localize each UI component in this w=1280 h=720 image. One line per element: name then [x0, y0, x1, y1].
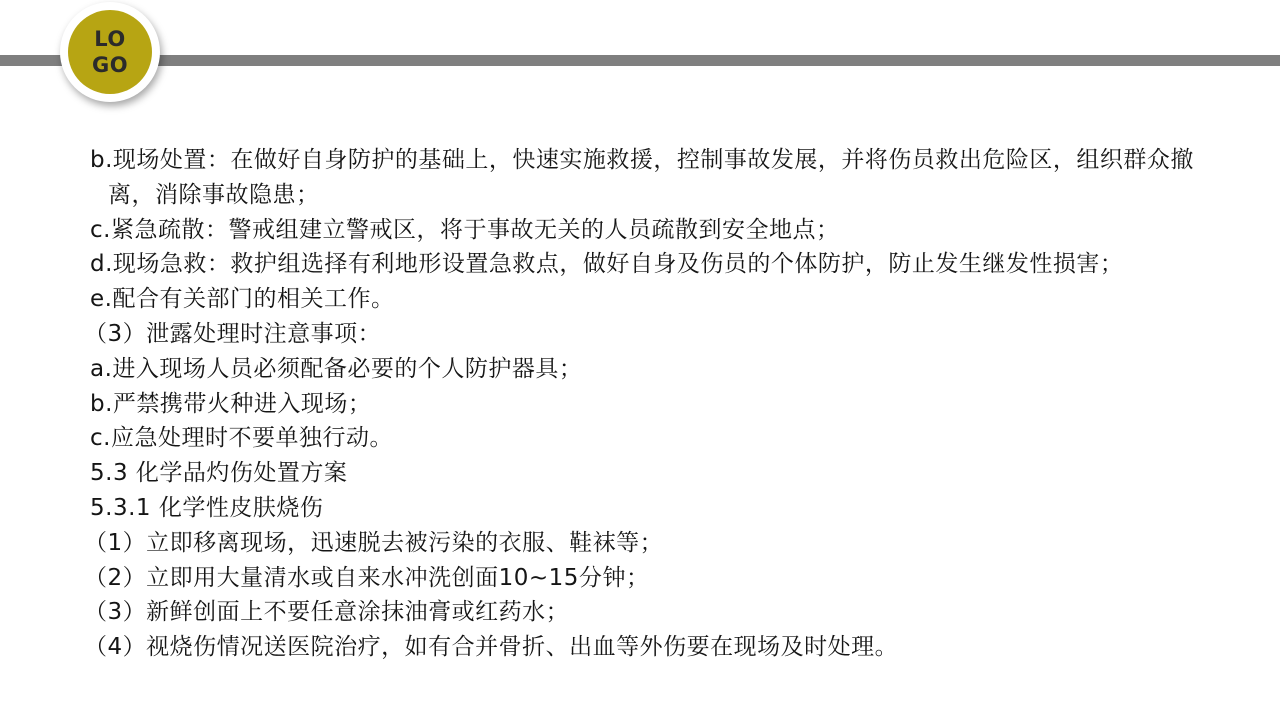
- text-line: c.应急处理时不要单独行动。: [90, 421, 1250, 456]
- text-line: a.进入现场人员必须配备必要的个人防护器具；: [90, 352, 1250, 387]
- logo-text-bottom: GO: [92, 52, 128, 78]
- text-line: （3）新鲜创面上不要任意涂抹油膏或红药水；: [84, 595, 1250, 630]
- text-line: （2）立即用大量清水或自来水冲洗创面10~15分钟；: [84, 561, 1250, 596]
- logo-circle: LO GO: [60, 2, 160, 102]
- text-line: b.严禁携带火种进入现场；: [90, 387, 1250, 422]
- text-line: （4）视烧伤情况送医院治疗，如有合并骨折、出血等外伤要在现场及时处理。: [84, 630, 1250, 665]
- text-line: 5.3 化学品灼伤处置方案: [90, 456, 1250, 491]
- slide-content: b.现场处置：在做好自身防护的基础上，快速实施救援，控制事故发展，并将伤员救出危…: [90, 143, 1250, 665]
- text-line: （1）立即移离现场，迅速脱去被污染的衣服、鞋袜等；: [84, 526, 1250, 561]
- text-line: c.紧急疏散：警戒组建立警戒区，将于事故无关的人员疏散到安全地点；: [90, 213, 1250, 248]
- divider-bar: [0, 55, 1280, 66]
- text-line: e.配合有关部门的相关工作。: [90, 282, 1250, 317]
- text-line: d.现场急救：救护组选择有利地形设置急救点，做好自身及伤员的个体防护，防止发生继…: [90, 247, 1250, 282]
- text-line: b.现场处置：在做好自身防护的基础上，快速实施救援，控制事故发展，并将伤员救出危…: [90, 143, 1250, 178]
- logo-badge: LO GO: [68, 10, 152, 94]
- text-line: （3）泄露处理时注意事项：: [84, 317, 1250, 352]
- text-line: 离，消除事故隐患；: [90, 178, 1250, 213]
- slide: LO GO b.现场处置：在做好自身防护的基础上，快速实施救援，控制事故发展，并…: [0, 0, 1280, 720]
- logo-text-top: LO: [94, 26, 126, 52]
- text-line: 5.3.1 化学性皮肤烧伤: [90, 491, 1250, 526]
